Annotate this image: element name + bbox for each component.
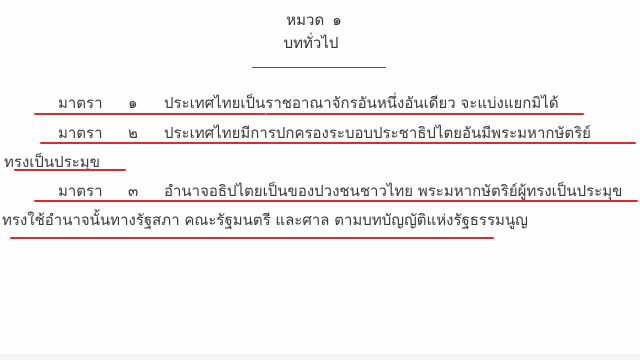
chapter-label: หมวด <box>286 11 324 29</box>
underline-annotation <box>10 237 494 239</box>
section-number: ๑ <box>128 91 164 115</box>
underline-annotation <box>14 169 126 171</box>
underline-annotation <box>40 142 636 144</box>
underline-annotation <box>266 113 584 115</box>
section-label: มาตรา <box>58 91 128 115</box>
bottom-edge <box>0 354 640 360</box>
chapter-subtitle: บททั่วไป <box>0 31 622 55</box>
underline-annotation <box>34 113 266 115</box>
chapter-title: หมวด๑ <box>0 8 620 32</box>
title-divider <box>252 67 386 68</box>
document-page: หมวด๑ บททั่วไป มาตรา๑ประเทศไทยเป็นราชอาณ… <box>0 0 640 360</box>
section-1-line: มาตรา๑ประเทศไทยเป็นราชอาณาจักรอันหนึ่งอั… <box>58 91 559 115</box>
section-text: ประเทศไทยเป็นราชอาณาจักรอันหนึ่งอันเดียว… <box>164 91 559 115</box>
chapter-number: ๑ <box>332 11 342 29</box>
section-3-continuation: ทรงใช้อำนาจนั้นทางรัฐสภา คณะรัฐมนตรี และ… <box>2 208 528 232</box>
underline-annotation <box>34 200 638 202</box>
